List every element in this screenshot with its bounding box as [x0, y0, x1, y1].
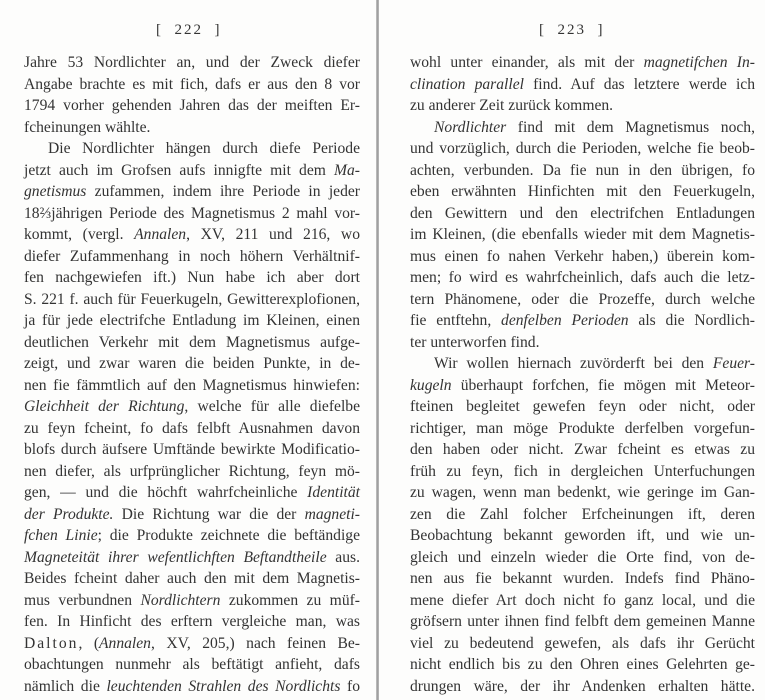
- text-line: nen aus fie bekannt wurden. Indefs find …: [410, 568, 755, 590]
- text-line: zu feyn fcheint, fo dafs felbft Ausnahme…: [24, 418, 360, 440]
- italic-text: Gleichheit der Richtung: [24, 398, 184, 415]
- text-line: Angabe brachte es mit fich, dafs er aus …: [24, 74, 360, 96]
- text-run: nen aus fie bekannt wurden. Indefs find …: [410, 570, 755, 587]
- text-run: gen, — und die höchft wahrfcheinliche: [24, 484, 307, 501]
- text-line: Magneteität ihrer wefentlichften Beftand…: [24, 547, 360, 569]
- text-run: zen die Zahl folcher Erfcheinungen ift, …: [410, 506, 755, 523]
- text-line: zeigt, und zwar waren die beiden Punkte,…: [24, 353, 360, 375]
- text-line: nen fie fämmtlich auf den Magnetismus hi…: [24, 375, 360, 397]
- text-run: den haben oder nicht. Zwar fcheint es et…: [410, 441, 755, 458]
- text-run: Die Nordlichter hängen durch diefe Perio…: [48, 140, 360, 157]
- text-run: 1794 vorher gehenden Jahren das der meif…: [24, 97, 360, 114]
- text-line: ter unterworfen find.: [410, 332, 755, 354]
- italic-text: Magneteität ihrer wefentlichften Beftand…: [24, 549, 327, 566]
- text-run: S. 221 f. auch für Feuerkugeln, Gewitter…: [24, 291, 360, 308]
- italic-text: denfelben Perioden: [501, 312, 629, 329]
- text-run: und vorzüglich, durch die Perioden, welc…: [410, 140, 755, 157]
- italic-text: clination parallel: [410, 76, 524, 93]
- text-run: diefer Zufammenhang in noch höhern Verhä…: [24, 248, 360, 265]
- text-run: achten, verbunden. Da fie nun in den übr…: [410, 162, 755, 179]
- text-line: mus verbundnen Nordlichtern zukommen zu …: [24, 590, 360, 612]
- text-run: , (: [78, 635, 99, 652]
- text-run: jetzt auch im Grofsen aufs innigfte mit …: [24, 162, 334, 179]
- text-run: zu wagen, wenn man bedenkt, wie geringe …: [410, 484, 755, 501]
- text-run: find mit dem Magnetismus noch,: [506, 119, 755, 136]
- text-line: gen, — und die höchft wahrfcheinliche Id…: [24, 482, 360, 504]
- text-line: Wir wollen hiernach zuvörderft bei den F…: [410, 353, 755, 375]
- text-run: kommt, (vergl.: [24, 226, 134, 243]
- italic-text: gnetismus: [24, 183, 86, 200]
- text-run: zufammen, indem ihre Periode in jeder: [86, 183, 360, 200]
- italic-text: magneti-: [305, 506, 360, 523]
- left-page: [ 222 ] Jahre 53 Nordlichter an, und der…: [0, 0, 376, 700]
- text-line: mene diefer Art doch nicht fo ganz local…: [410, 590, 755, 612]
- text-run: ter unterworfen find.: [410, 334, 539, 351]
- text-run: 18⅔jährigen Periode des Magnetismus 2 ma…: [24, 205, 360, 222]
- text-line: nicht endlich bis zu den Ohren eines Gel…: [410, 654, 755, 676]
- book-spread: [ 222 ] Jahre 53 Nordlichter an, und der…: [0, 0, 765, 700]
- text-line: im Kleinen, (die ebenfalls wieder mit de…: [410, 224, 755, 246]
- left-page-body: Jahre 53 Nordlichter an, und der Zweck d…: [24, 52, 360, 697]
- text-line: gröfsern unter ihnen find felbft dem gem…: [410, 611, 755, 633]
- text-run: viel zu bedeutend gewefen, als dafs ihr …: [410, 635, 755, 652]
- text-line: deutlichen Verkehr mit dem Magnetismus a…: [24, 332, 360, 354]
- text-line: fteinen begleitet gewefen feyn oder nich…: [410, 396, 755, 418]
- text-line: richtiger, man möge Produkte derfelben v…: [410, 418, 755, 440]
- text-run: aus.: [327, 549, 360, 566]
- text-run: Beides fcheint daher auch den mit dem Ma…: [24, 570, 360, 587]
- text-run: Angabe brachte es mit fich, dafs er aus …: [24, 76, 360, 93]
- text-run: Die Richtung war die der: [113, 506, 304, 523]
- text-line: und vorzüglich, durch die Perioden, welc…: [410, 138, 755, 160]
- text-run: ja für jede electrifche Entladung im Kle…: [24, 312, 360, 329]
- italic-text: Feuer-: [713, 355, 755, 372]
- text-line: viel zu bedeutend gewefen, als dafs ihr …: [410, 633, 755, 655]
- text-run: blofs durch äufsere Umftände bewirkte Mo…: [24, 441, 360, 458]
- text-run: nämlich die: [24, 678, 106, 695]
- right-page: [ 223 ] wohl unter einander, als mit der…: [379, 0, 765, 700]
- text-line: der Produkte. Die Richtung war die der m…: [24, 504, 360, 526]
- page-number-right: [ 223 ]: [539, 22, 605, 39]
- text-line: zu wagen, wenn man bedenkt, wie geringe …: [410, 482, 755, 504]
- text-run: mus verbundnen: [24, 592, 140, 609]
- text-line: gleich und einzeln wieder die Orte find,…: [410, 547, 755, 569]
- italic-text: Identität: [307, 484, 360, 501]
- italic-text: fchen Linie: [24, 527, 98, 544]
- text-line: gnetismus zufammen, indem ihre Periode i…: [24, 181, 360, 203]
- text-line: S. 221 f. auch für Feuerkugeln, Gewitter…: [24, 289, 360, 311]
- text-line: Jahre 53 Nordlichter an, und der Zweck d…: [24, 52, 360, 74]
- text-run: früh zu feyn, fich in dergleichen Unterf…: [410, 463, 755, 480]
- italic-text: Annalen: [99, 635, 151, 652]
- text-line: kugeln überhaupt forfchen, fie mögen mit…: [410, 375, 755, 397]
- text-run: zukommen zu müf-: [220, 592, 360, 609]
- text-line: blofs durch äufsere Umftände bewirkte Mo…: [24, 439, 360, 461]
- text-run: gröfsern unter ihnen find felbft dem gem…: [410, 613, 755, 630]
- text-line: ja für jede electrifche Entladung im Kle…: [24, 310, 360, 332]
- text-line: zen die Zahl folcher Erfcheinungen ift, …: [410, 504, 755, 526]
- spaced-name: Dalton: [24, 635, 78, 652]
- text-run: Wir wollen hiernach zuvörderft bei den: [434, 355, 713, 372]
- text-run: im Kleinen, (die ebenfalls wieder mit de…: [410, 226, 755, 243]
- text-run: nen fie fämmtlich auf den Magnetismus hi…: [24, 377, 360, 394]
- text-line: diefer Zufammenhang in noch höhern Verhä…: [24, 246, 360, 268]
- text-run: den Gewittern und den electrifchen Entla…: [410, 205, 755, 222]
- text-line: Beides fcheint daher auch den mit dem Ma…: [24, 568, 360, 590]
- text-run: fteinen begleitet gewefen feyn oder nich…: [410, 398, 755, 415]
- page-number-left: [ 222 ]: [156, 22, 222, 39]
- text-line: 1794 vorher gehenden Jahren das der meif…: [24, 95, 360, 117]
- text-line: obachtungen nunmehr als beftätigt anfieh…: [24, 654, 360, 676]
- text-line: nen diefer, als urfprünglicher Richtung,…: [24, 461, 360, 483]
- text-run: find. Auf das letztere werde ich: [524, 76, 755, 93]
- text-line: jetzt auch im Grofsen aufs innigfte mit …: [24, 160, 360, 182]
- text-line: fen. In Hinficht des erftern vergleiche …: [24, 611, 360, 633]
- text-run: nicht endlich bis zu den Ohren eines Gel…: [410, 656, 755, 673]
- text-run: , welche für alle diefelbe: [184, 398, 360, 415]
- italic-text: Annalen: [134, 226, 186, 243]
- text-run: zu anderer Zeit zurück kommen.: [410, 97, 613, 114]
- text-line: den Gewittern und den electrifchen Entla…: [410, 203, 755, 225]
- text-run: fcheinungen wählte.: [24, 119, 150, 136]
- text-run: nen diefer, als urfprünglicher Richtung,…: [24, 463, 360, 480]
- text-run: ; die Produkte zeichnete die beftändige: [98, 527, 360, 544]
- text-run: als die Nordlich-: [629, 312, 755, 329]
- text-line: drungen wäre, der ihr Andenken erhalten …: [410, 676, 755, 698]
- text-line: zu anderer Zeit zurück kommen.: [410, 95, 755, 117]
- text-line: 18⅔jährigen Periode des Magnetismus 2 ma…: [24, 203, 360, 225]
- text-line: Die Nordlichter hängen durch diefe Perio…: [24, 138, 360, 160]
- italic-text: leuchtenden Strahlen des Nordlichts: [106, 678, 340, 695]
- text-line: früh zu feyn, fich in dergleichen Unterf…: [410, 461, 755, 483]
- text-line: fen nachgewiefen ift.) Nun habe ich aber…: [24, 267, 360, 289]
- text-run: zeigt, und zwar waren die beiden Punkte,…: [24, 355, 360, 372]
- text-line: nämlich die leuchtenden Strahlen des Nor…: [24, 676, 360, 698]
- text-line: Dalton, (Annalen, XV, 205,) nach feinen …: [24, 633, 360, 655]
- text-run: , XV, 205,) nach feinen Be-: [151, 635, 360, 652]
- text-run: überhaupt forfchen, fie mögen mit Meteor…: [452, 377, 755, 394]
- text-run: eben erwähnten Hinfichten mit den Feuerk…: [410, 183, 755, 200]
- text-run: fie entftehn,: [410, 312, 501, 329]
- text-line: fcheinungen wählte.: [24, 117, 360, 139]
- text-line: den haben oder nicht. Zwar fcheint es et…: [410, 439, 755, 461]
- text-line: fie entftehn, denfelben Perioden als die…: [410, 310, 755, 332]
- text-run: zu feyn fcheint, fo dafs felbft Ausnahme…: [24, 420, 360, 437]
- text-line: achten, verbunden. Da fie nun in den übr…: [410, 160, 755, 182]
- text-run: mus einen fo nahen Verkehr haben,) übere…: [410, 248, 755, 265]
- text-line: Nordlichter find mit dem Magnetismus noc…: [410, 117, 755, 139]
- text-run: tern Phänomene, oder die Prozeffe, durch…: [410, 291, 755, 308]
- italic-text: kugeln: [410, 377, 452, 394]
- text-line: eben erwähnten Hinfichten mit den Feuerk…: [410, 181, 755, 203]
- italic-text: Ma-: [334, 162, 360, 179]
- text-run: wohl unter einander, als mit der: [410, 54, 644, 71]
- text-line: fchen Linie; die Produkte zeichnete die …: [24, 525, 360, 547]
- text-run: fen. In Hinficht des erftern vergleiche …: [24, 613, 360, 630]
- text-line: men; fo wird es wahrfcheinlich, dafs auc…: [410, 267, 755, 289]
- text-run: , XV, 211 und 216, wo: [186, 226, 360, 243]
- text-run: mene diefer Art doch nicht fo ganz local…: [410, 592, 755, 609]
- italic-text: Nordlichter: [434, 119, 506, 136]
- text-line: mus einen fo nahen Verkehr haben,) übere…: [410, 246, 755, 268]
- text-run: fen nachgewiefen ift.) Nun habe ich aber…: [24, 269, 360, 286]
- italic-text: Nordlichtern: [140, 592, 220, 609]
- text-line: clination parallel find. Auf das letzter…: [410, 74, 755, 96]
- text-line: kommt, (vergl. Annalen, XV, 211 und 216,…: [24, 224, 360, 246]
- text-run: obachtungen nunmehr als beftätigt anfieh…: [24, 656, 360, 673]
- italic-text: der Produkte.: [24, 506, 113, 523]
- text-run: gleich und einzeln wieder die Orte find,…: [410, 549, 755, 566]
- text-run: Jahre 53 Nordlichter an, und der Zweck d…: [24, 54, 360, 71]
- text-run: Beobachtung bekannt geworden ift, und wi…: [410, 527, 755, 544]
- text-line: Beobachtung bekannt geworden ift, und wi…: [410, 525, 755, 547]
- right-page-body: wohl unter einander, als mit der magneti…: [410, 52, 755, 697]
- italic-text: magnetifchen In-: [644, 54, 755, 71]
- text-run: richtiger, man möge Produkte derfelben v…: [410, 420, 755, 437]
- text-line: Gleichheit der Richtung, welche für alle…: [24, 396, 360, 418]
- text-run: men; fo wird es wahrfcheinlich, dafs auc…: [410, 269, 755, 286]
- text-run: drungen wäre, der ihr Andenken erhalten …: [410, 678, 755, 695]
- text-run: fo: [340, 678, 360, 695]
- text-line: tern Phänomene, oder die Prozeffe, durch…: [410, 289, 755, 311]
- text-run: deutlichen Verkehr mit dem Magnetismus a…: [24, 334, 360, 351]
- text-line: wohl unter einander, als mit der magneti…: [410, 52, 755, 74]
